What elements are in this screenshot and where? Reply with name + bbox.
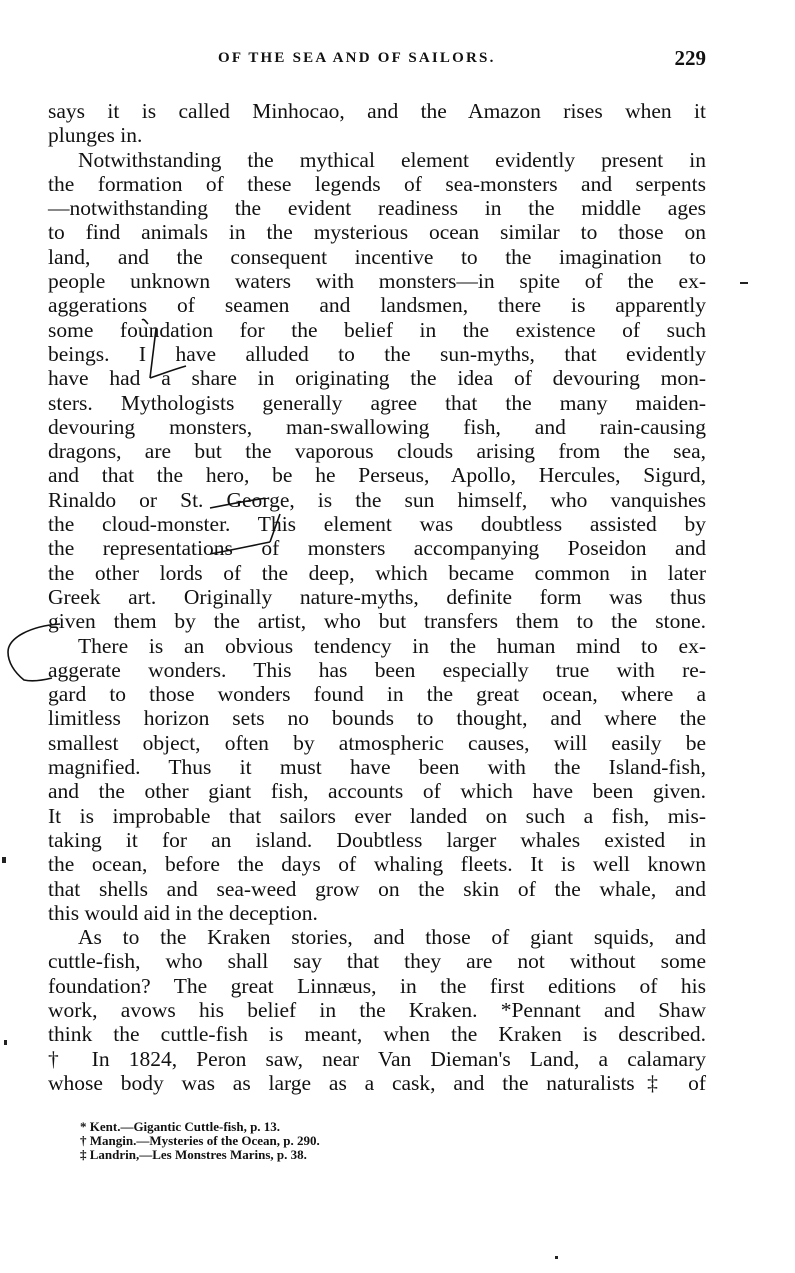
- paragraph-start-line: Notwithstanding the mythical element evi…: [48, 148, 706, 172]
- text-line: † In 1824, Peron saw, near Van Dieman's …: [48, 1047, 706, 1071]
- text-line: smallest object, often by atmospheric ca…: [48, 731, 706, 755]
- text-line: the cloud-monster. This element was doub…: [48, 512, 706, 536]
- margin-tick-mark: [740, 282, 748, 284]
- text-line: the other lords of the deep, which becam…: [48, 561, 706, 585]
- text-line: Greek art. Originally nature-myths, defi…: [48, 585, 706, 609]
- footnote: ‡ Landrin,—Les Monstres Marins, p. 38.: [80, 1148, 320, 1162]
- text-line: foundation? The great Linnæus, in the fi…: [48, 974, 706, 998]
- text-line: that shells and sea-weed grow on the ski…: [48, 877, 706, 901]
- margin-speck: [4, 1040, 7, 1045]
- text-line: devouring monsters, man-swallowing fish,…: [48, 415, 706, 439]
- text-line: people unknown waters with monsters—in s…: [48, 269, 706, 293]
- text-line: given them by the artist, who but transf…: [48, 609, 706, 633]
- text-line: gard to those wonders found in the great…: [48, 682, 706, 706]
- text-line: plunges in.: [48, 123, 706, 147]
- paragraph-start-line: As to the Kraken stories, and those of g…: [48, 925, 706, 949]
- footnote: * Kent.—Gigantic Cuttle-fish, p. 13.: [80, 1120, 320, 1134]
- text-line: dragons, are but the vaporous clouds ari…: [48, 439, 706, 463]
- text-line: says it is called Minhocao, and the Amaz…: [48, 99, 706, 123]
- text-line: land, and the consequent incentive to th…: [48, 245, 706, 269]
- text-line: the formation of these legends of sea-mo…: [48, 172, 706, 196]
- text-line: It is improbable that sailors ever lande…: [48, 804, 706, 828]
- text-line: aggerate wonders. This has been especial…: [48, 658, 706, 682]
- text-line: limitless horizon sets no bounds to thou…: [48, 706, 706, 730]
- text-line: the representations of monsters accompan…: [48, 536, 706, 560]
- text-line: and that the hero, be he Perseus, Apollo…: [48, 463, 706, 487]
- text-line: this would aid in the deception.: [48, 901, 706, 925]
- handwritten-curve-mark: [0, 618, 80, 688]
- page-number: 229: [675, 46, 707, 71]
- text-line: sters. Mythologists generally agree that…: [48, 391, 706, 415]
- book-page: OF THE SEA AND OF SAILORS. 229 says it i…: [0, 0, 795, 1273]
- running-head: OF THE SEA AND OF SAILORS. 229: [48, 46, 706, 74]
- text-line: magnified. Thus it must have been with t…: [48, 755, 706, 779]
- handwritten-bracket-mark: [180, 498, 300, 558]
- text-line: the ocean, before the days of whaling fl…: [48, 852, 706, 876]
- text-line: whose body was as large as a cask, and t…: [48, 1071, 706, 1095]
- text-line: work, avows his belief in the Kraken. *P…: [48, 998, 706, 1022]
- running-title: OF THE SEA AND OF SAILORS.: [218, 50, 496, 67]
- text-line: to find animals in the mysterious ocean …: [48, 220, 706, 244]
- margin-speck: [2, 857, 6, 863]
- handwritten-bracket-mark: [100, 318, 220, 388]
- text-line: —notwithstanding the evident readiness i…: [48, 196, 706, 220]
- text-line: aggerations of seamen and landsmen, ther…: [48, 293, 706, 317]
- text-line: and the other giant fish, accounts of wh…: [48, 779, 706, 803]
- footnote: † Mangin.—Mysteries of the Ocean, p. 290…: [80, 1134, 320, 1148]
- paragraph-start-line: There is an obvious tendency in the huma…: [48, 634, 706, 658]
- page-speck: [555, 1256, 558, 1259]
- text-line: taking it for an island. Doubtless large…: [48, 828, 706, 852]
- text-line: think the cuttle-fish is meant, when the…: [48, 1022, 706, 1046]
- footnotes: * Kent.—Gigantic Cuttle-fish, p. 13. † M…: [80, 1120, 320, 1162]
- text-line: cuttle-fish, who shall say that they are…: [48, 949, 706, 973]
- body-text: says it is called Minhocao, and the Amaz…: [48, 99, 706, 1095]
- text-line: Rinaldo or St. George, is the sun himsel…: [48, 488, 706, 512]
